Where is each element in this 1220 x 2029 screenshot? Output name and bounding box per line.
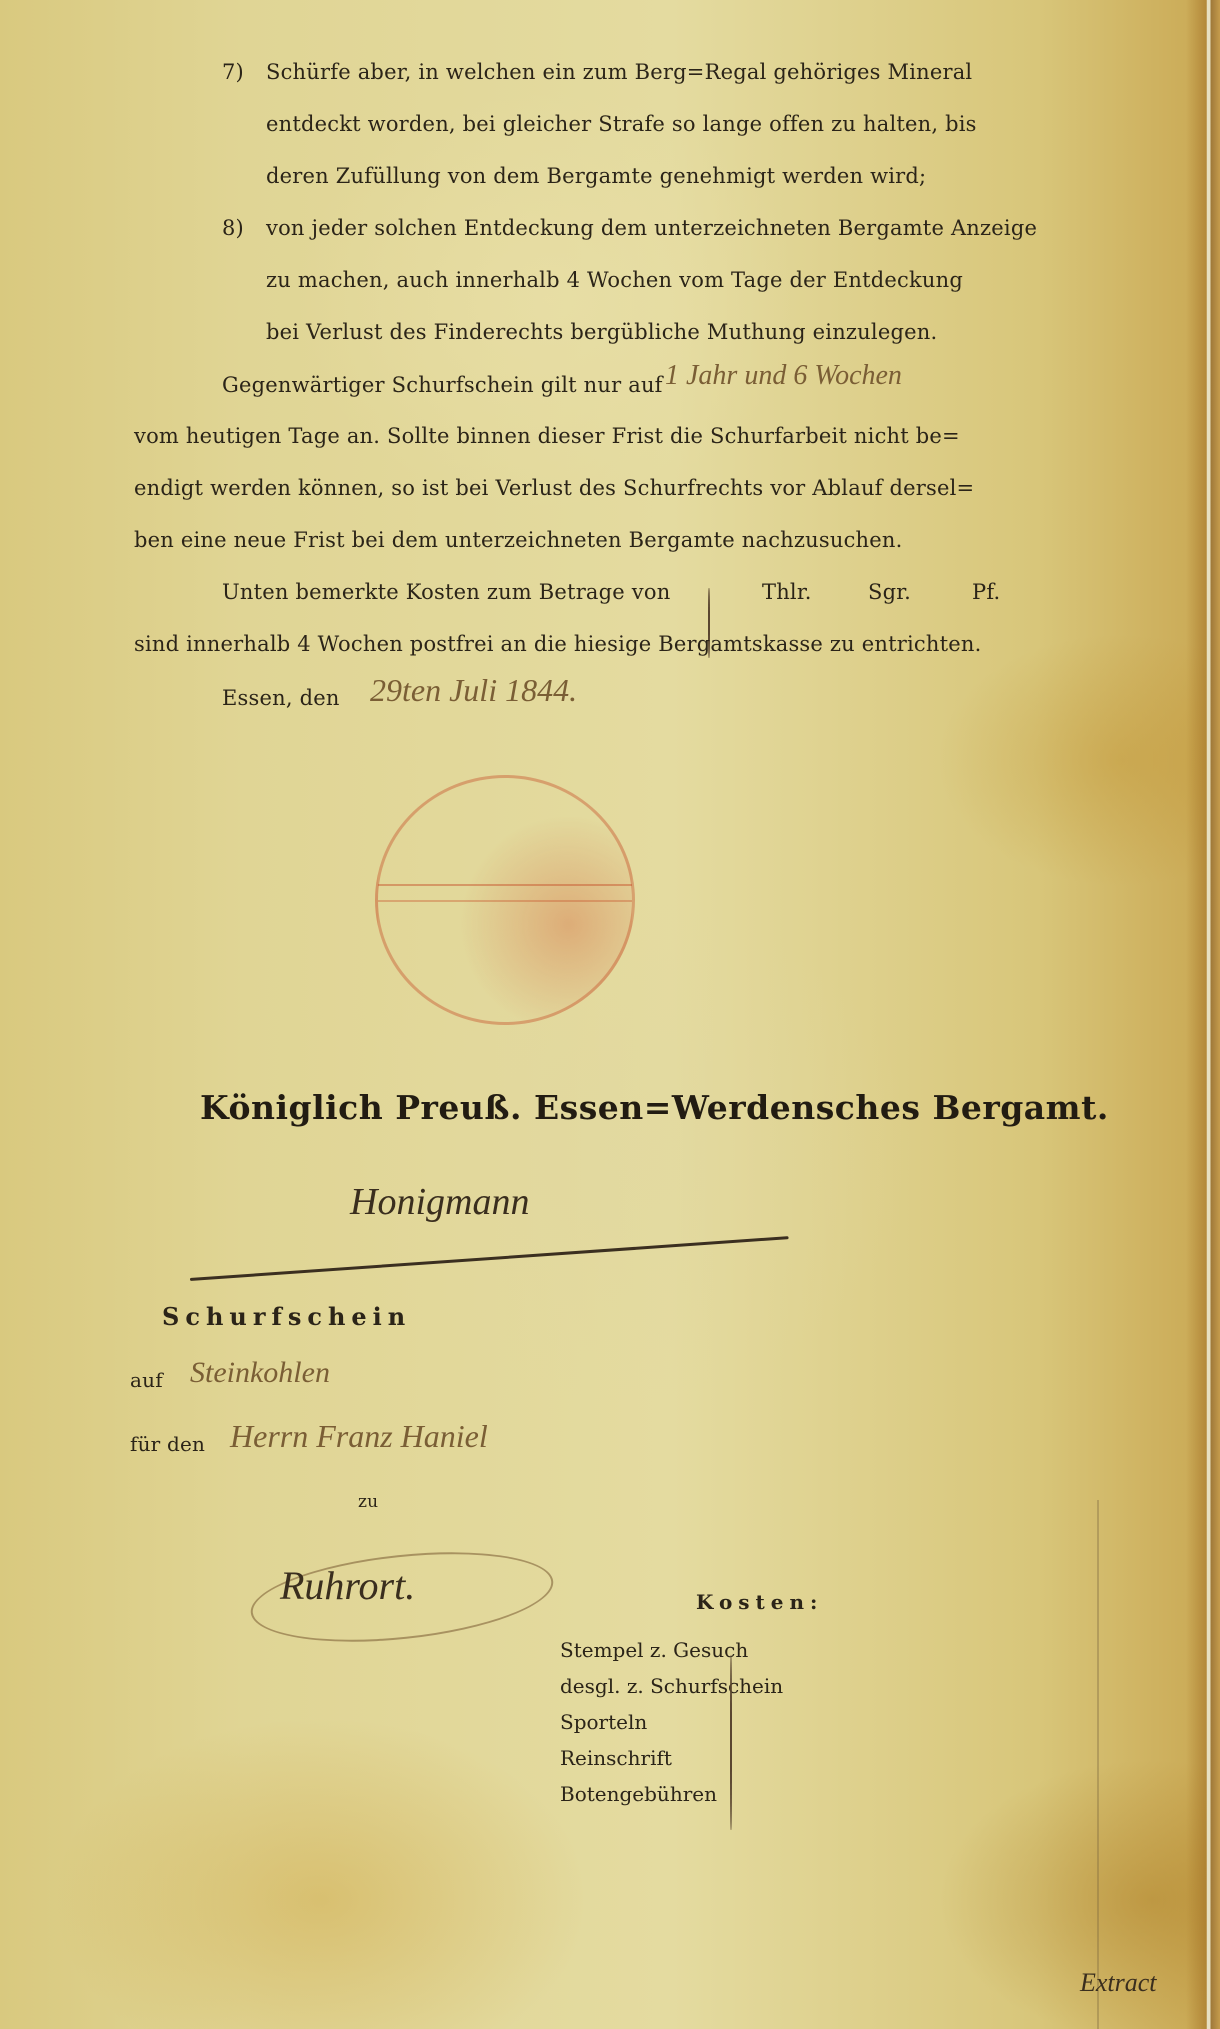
seal-band	[378, 884, 632, 902]
validity-line-3: endigt werden können, so ist bei Verlust…	[134, 476, 974, 500]
handwritten-date: 29ten Juli 1844.	[370, 672, 577, 709]
unit-pf: Pf.	[972, 580, 1000, 604]
cost-item: Stempel z. Gesuch	[560, 1632, 783, 1668]
unit-thlr: Thlr.	[762, 580, 812, 604]
validity-line-1: Gegenwärtiger Schurfschein gilt nur auf	[222, 373, 663, 397]
item-7-line-2: entdeckt worden, bei gleicher Strafe so …	[266, 112, 977, 136]
place-value: Ruhrort.	[280, 1562, 415, 1609]
item-8-line-3: bei Verlust des Finderechts bergübliche …	[266, 320, 937, 344]
costs-heading: Kosten:	[696, 1590, 823, 1614]
costs-notice-line-2: sind innerhalb 4 Wochen postfrei an die …	[134, 632, 981, 656]
item-7-line-3: deren Zufüllung von dem Bergamte genehmi…	[266, 164, 926, 188]
mineral-value: Steinkohlen	[190, 1356, 330, 1390]
cost-item: Botengebühren	[560, 1776, 783, 1812]
authority-title: Königlich Preuß. Essen=Werdensches Berga…	[200, 1088, 1020, 1127]
costs-list: Stempel z. Gesuch desgl. z. Schurfschein…	[560, 1632, 783, 1812]
item-8-line-2: zu machen, auch innerhalb 4 Wochen vom T…	[266, 268, 963, 292]
fold-line	[1097, 1500, 1099, 2029]
handwritten-duration: 1 Jahr und 6 Wochen	[665, 360, 902, 392]
signature-flourish	[190, 1236, 789, 1281]
costs-brace	[730, 1655, 732, 1830]
item-8-line-1: von jeder solchen Entdeckung dem unterze…	[266, 216, 1037, 240]
permit-holder: Herrn Franz Haniel	[230, 1418, 488, 1455]
fuer-label: für den	[130, 1432, 205, 1456]
zu-label: zu	[358, 1492, 378, 1512]
cost-item: desgl. z. Schurfschein	[560, 1668, 783, 1704]
cost-item: Sporteln	[560, 1704, 783, 1740]
item-8-number: 8)	[222, 216, 244, 240]
validity-line-4: ben eine neue Frist bei dem unterzeichne…	[134, 528, 902, 552]
document-page: 7) Schürfe aber, in welchen ein zum Berg…	[0, 0, 1220, 2029]
costs-notice-line-1: Unten bemerkte Kosten zum Betrage von	[222, 580, 670, 604]
item-7-number: 7)	[222, 60, 244, 84]
permit-heading: Schurfschein	[162, 1302, 411, 1331]
date-prefix: Essen, den	[222, 686, 340, 710]
auf-label: auf	[130, 1368, 163, 1392]
corner-note: Extract	[1080, 1968, 1157, 1998]
cost-item: Reinschrift	[560, 1740, 783, 1776]
paper-edge	[1186, 0, 1220, 2029]
unit-sgr: Sgr.	[868, 580, 911, 604]
validity-line-2: vom heutigen Tage an. Sollte binnen dies…	[134, 424, 960, 448]
item-7-line-1: Schürfe aber, in welchen ein zum Berg=Re…	[266, 60, 972, 84]
official-signature: Honigmann	[350, 1180, 529, 1224]
